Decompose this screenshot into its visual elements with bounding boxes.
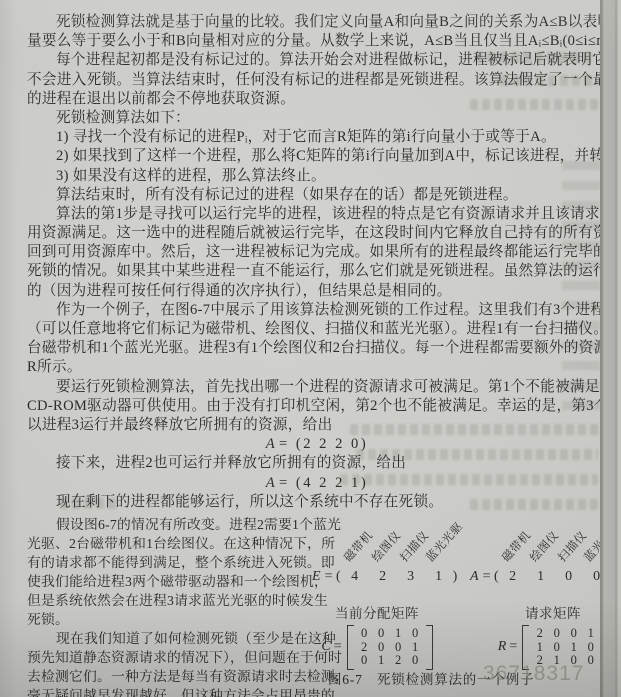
matrix-cell: 2: [356, 641, 373, 655]
text-line: 使我们能给进程3两个磁带驱动器和一个绘图机，: [27, 572, 339, 591]
text-line: 现在我们知道了如何检测死锁（至少是在这种: [27, 629, 339, 648]
matrix-body: 001020010120: [347, 625, 433, 670]
vector-value: 2: [499, 569, 527, 585]
paragraph-group: 接下来，进程2也可运行并释放它所拥有的资源，给出: [27, 454, 607, 473]
vector-value: 1: [425, 569, 453, 585]
text-line: 2) 如果找到了这样一个进程，那么将C矩阵的第i行向量加到A中，标记该进程，并转…: [27, 147, 607, 166]
request-matrix: 请求矩阵 R= 200110102100: [494, 602, 612, 670]
vector-open: = (: [483, 569, 499, 584]
matrix-title: 当前分配矩阵: [318, 602, 436, 622]
allocation-matrix: 当前分配矩阵 C= 001020010120: [318, 602, 436, 670]
text-line: 现在剩下的进程都能够运行，所以这个系统中不存在死锁。: [27, 493, 607, 512]
text-line: 算法的第1步是寻找可以运行完毕的进程，该进程的特点是它有资源请求并且该请求可被当…: [27, 205, 607, 224]
vector-value: 2: [369, 569, 397, 585]
text-line: 假设图6-7的情况有所改变。进程2需要1个蓝光: [27, 515, 339, 534]
text-line: 有的请求都不能得到满足，整个系统进入死锁。即: [27, 553, 339, 572]
vector-line: E= (4231): [312, 569, 457, 585]
text-line: R所示。: [27, 358, 607, 377]
matrix-cell: 0: [373, 641, 390, 655]
resource-label: 扫描仪: [396, 528, 432, 565]
matrix-bracket-left: [347, 625, 354, 670]
matrix-cell: 0: [582, 654, 599, 668]
vector-line: A= (2100): [470, 569, 615, 585]
matrix-cell: 1: [531, 641, 548, 655]
text-line: 毫无疑问越早发现越好，但这种方法会占用昂贵的: [27, 686, 339, 697]
text-line: 回到可用资源库中。然后，这一进程被标记为完成。如果所有的进程最终都能运行完毕的话…: [27, 243, 607, 262]
text-line: 要运行死锁检测算法，首先找出哪一个进程的资源请求可被满足。第1个不能被满足，因为…: [27, 378, 607, 397]
vector-close: ): [453, 569, 458, 584]
text-line: 去检测它们。一种方法是每当有资源请求时去检测，: [27, 667, 339, 686]
vector-values: 4231: [341, 569, 453, 584]
matrix-cell: 1: [582, 627, 599, 641]
text-line: 光驱、2台磁带机和1台绘图仪。在这种情况下，所: [27, 534, 339, 553]
formula-values: = (2 2 2 0): [279, 436, 368, 452]
vector-value: 1: [527, 569, 555, 585]
vector-value: 4: [341, 569, 369, 585]
watermark-number: 36718317: [483, 662, 584, 686]
matrix-cell: 1: [565, 641, 582, 655]
text-line: 以进程3运行并最终释放它所拥有的资源，给出: [27, 416, 607, 435]
text-line: 3) 如果没有这样的进程，那么算法终止。: [27, 167, 607, 186]
matrix-cell: 0: [373, 627, 390, 641]
vector-value: 3: [397, 569, 425, 585]
matrix-cell: 0: [548, 627, 565, 641]
matrix-cell: 1: [407, 641, 424, 655]
text-line: 死锁。: [27, 610, 339, 629]
resource-label: 绘图仪: [368, 528, 404, 565]
text-line: 的（因为进程可按任何行得通的次序执行），但结果总是相同的。: [27, 282, 607, 301]
page-edge: [600, 0, 621, 697]
matrix-cell: 0: [390, 641, 407, 655]
text-line: 但是系统依然会在进程3请求蓝光光驱的时候发生: [27, 591, 339, 610]
matrix-cell: 0: [565, 627, 582, 641]
matrix-cell: 0: [548, 641, 565, 655]
vector-open: = (: [325, 569, 341, 584]
matrix-title: 请求矩阵: [494, 602, 612, 622]
left-text-column: 假设图6-7的情况有所改变。进程2需要1个蓝光光驱、2台磁带机和1台绘图仪。在这…: [27, 515, 339, 697]
vector-value: 0: [555, 569, 583, 585]
matrix-bracket-right: [426, 625, 433, 670]
paragraph-group: 死锁检测算法就是基于向量的比较。我们定义向量A和向量B之间的关系为A≤B以表明A…: [27, 13, 607, 435]
text-line: 预先知道静态资源请求的情况下），但问题在于何时: [27, 648, 339, 667]
text-line: CD-ROM驱动器可供使用。由于没有打印机空闲，第2个也不能被满足。幸运的是，第…: [27, 397, 607, 416]
formula-line: A= (2 2 2 0): [27, 435, 607, 454]
matrix-cell: 2: [390, 654, 407, 668]
resource-label: 磁带机: [498, 528, 534, 565]
text-line: 1) 寻找一个没有标记的进程Pᵢ，对于它而言R矩阵的第i行向量小于或等于A。: [27, 128, 607, 147]
text-line: 的进程在退出以前都会不停地获取资源。: [27, 90, 607, 109]
existing-resources-vector: 磁带机绘图仪扫描仪蓝光光驱 E= (4231): [312, 521, 472, 585]
matrix-cell: 2: [531, 627, 548, 641]
main-text-block: 死锁检测算法就是基于向量的比较。我们定义向量A和向量B之间的关系为A≤B以表明A…: [27, 13, 607, 512]
text-line: （可以任意地将它们标记为磁带机、绘图仪、扫描仪和蓝光光驱）。进程1有一台扫描仪。…: [27, 320, 607, 339]
matrix-cell: 0: [407, 627, 424, 641]
text-line: 死锁的情况。如果其中某些进程一直不能运行，那么它们就是死锁进程。虽然算法的运行过…: [27, 262, 607, 281]
vector-name: A: [470, 569, 479, 584]
text-line: 算法结束时，所有没有标记过的进程（如果存在的话）都是死锁进程。: [27, 186, 607, 205]
formula-line: A= (4 2 2 1): [27, 474, 607, 493]
matrix-cell: 0: [407, 654, 424, 668]
resource-label: 磁带机: [340, 528, 376, 565]
matrix-cell: 1: [390, 627, 407, 641]
paragraph-group: 现在剩下的进程都能够运行，所以这个系统中不存在死锁。: [27, 493, 607, 512]
text-line: 死锁检测算法如下：: [27, 109, 607, 128]
text-line: 台磁带机和1个蓝光光驱。进程3有1个绘图仪和2台扫描仪。每一个进程都需要额外的资…: [27, 339, 607, 358]
scanned-page: 死锁检测算法就是基于向量的比较。我们定义向量A和向量B之间的关系为A≤B以表明A…: [0, 0, 621, 697]
formula-values: = (4 2 2 1): [279, 475, 368, 491]
text-line: 死锁检测算法就是基于向量的比较。我们定义向量A和向量B之间的关系为A≤B以表明A…: [27, 13, 607, 32]
text-line: 量要么等于要么小于和B向量相对应的分量。从数学上来说，A≤B当且仅当且Aᵢ≤Bᵢ…: [27, 32, 607, 51]
matrix-name: C=: [321, 639, 341, 655]
text-line: 每个进程起初都是没有标记过的。算法开始会对进程做标记，进程被标记后就表明它们能够…: [27, 51, 607, 70]
resource-label: 绘图仪: [526, 528, 562, 565]
formula-var: A: [266, 436, 275, 452]
matrix-cell: 0: [356, 627, 373, 641]
text-line: 用资源满足。这一选中的进程随后就被运行完毕，在这段时间内它释放自己持有的所有资源…: [27, 224, 607, 243]
matrix-cell: 0: [356, 654, 373, 668]
matrix-cell: 1: [373, 654, 390, 668]
matrix-name: R=: [498, 639, 517, 655]
vector-values: 2100: [499, 569, 611, 584]
formula-var: A: [266, 475, 275, 491]
vector-name: E: [312, 569, 321, 584]
text-line: 作为一个例子，在图6-7中展示了用该算法检测死锁的工作过程。这里我们有3个进程、…: [27, 301, 607, 320]
available-resources-vector: 磁带机绘图仪扫描仪蓝光光驱 A= (2100): [470, 521, 621, 585]
text-line: 接下来，进程2也可运行并释放它所拥有的资源，给出: [27, 454, 607, 473]
text-line: 不会进入死锁。当算法结束时，任何没有标记的进程都是死锁进程。该算法假定了一个最坏…: [27, 71, 607, 90]
matrix-cell: 0: [582, 641, 599, 655]
resource-label: 扫描仪: [554, 528, 590, 565]
